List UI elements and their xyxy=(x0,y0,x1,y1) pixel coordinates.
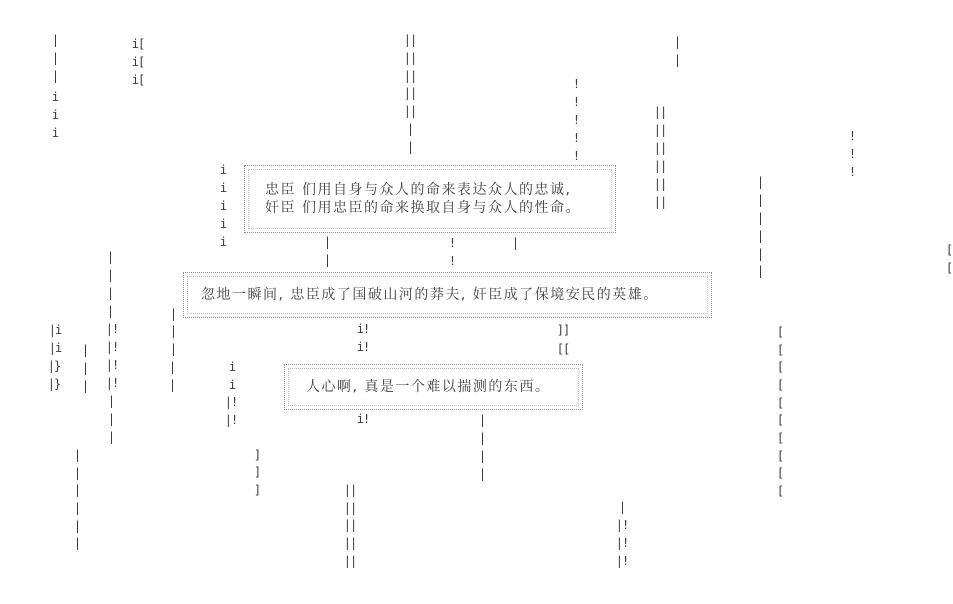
ascii-stroke: ! xyxy=(573,113,579,127)
ascii-stroke: || xyxy=(404,51,416,65)
ascii-stroke: i xyxy=(220,163,226,177)
ascii-stroke: | xyxy=(170,324,176,338)
ascii-stroke: || xyxy=(654,177,666,191)
ascii-stroke: |! xyxy=(616,554,628,568)
ascii-stroke: | xyxy=(74,519,80,533)
ascii-stroke: | xyxy=(324,253,330,267)
ascii-stroke: | xyxy=(757,247,763,261)
ascii-stroke: || xyxy=(404,33,416,47)
ascii-stroke: | xyxy=(108,430,114,444)
ascii-stroke: | xyxy=(107,286,113,300)
ascii-stroke: |! xyxy=(106,322,118,336)
ascii-stroke: | xyxy=(108,412,114,426)
ascii-stroke: | xyxy=(757,211,763,225)
ascii-stroke: || xyxy=(404,86,416,100)
ascii-stroke: | xyxy=(74,501,80,515)
ascii-stroke: | xyxy=(169,360,175,374)
ascii-stroke: | xyxy=(74,466,80,480)
ascii-stroke: | xyxy=(107,250,113,264)
ascii-stroke: || xyxy=(344,518,356,532)
ascii-stroke: ]] xyxy=(557,323,569,337)
ascii-stroke: | xyxy=(108,394,114,408)
ascii-stroke: | xyxy=(674,53,680,67)
ascii-stroke: [ xyxy=(777,431,783,445)
ascii-stroke: i xyxy=(220,181,226,195)
ascii-stroke: || xyxy=(344,536,356,550)
ascii-stroke: || xyxy=(344,554,356,568)
ascii-stroke: [ xyxy=(777,449,783,463)
ascii-stroke: | xyxy=(170,307,176,321)
ascii-stroke: i xyxy=(229,378,235,392)
ascii-stroke: i xyxy=(229,360,235,374)
ascii-stroke: [ xyxy=(946,261,952,275)
ascii-stroke: [ xyxy=(777,325,783,339)
ascii-stroke: |} xyxy=(48,377,60,391)
ascii-stroke: | xyxy=(479,467,485,481)
ascii-stroke: i[ xyxy=(132,37,144,51)
dialogue-box-2: 忽地一瞬间, 忠臣成了国破山河的莽夫, 奸臣成了保境安民的英雄。 xyxy=(183,272,712,318)
ascii-stroke: | xyxy=(170,342,176,356)
dialogue-box-1-line-2: 奸臣 们用忠臣的命来换取自身与众人的性命。 xyxy=(265,199,615,217)
ascii-stroke: | xyxy=(479,449,485,463)
ascii-stroke: i xyxy=(220,199,226,213)
ascii-stroke: | xyxy=(52,69,58,83)
ascii-stroke: | xyxy=(52,33,58,47)
ascii-stroke: | xyxy=(74,483,80,497)
ascii-stroke: ! xyxy=(849,147,855,161)
ascii-stroke: i xyxy=(52,90,58,104)
ascii-stroke: |! xyxy=(225,395,237,409)
ascii-stroke: | xyxy=(757,193,763,207)
ascii-stroke: i xyxy=(220,235,226,249)
ascii-stroke: |! xyxy=(616,518,628,532)
ascii-stroke: ! xyxy=(449,254,455,268)
ascii-stroke: | xyxy=(407,140,413,154)
ascii-stroke: | xyxy=(619,500,625,514)
ascii-stroke: [ xyxy=(777,360,783,374)
ascii-stroke: i xyxy=(52,108,58,122)
ascii-stroke: | xyxy=(107,304,113,318)
ascii-stroke: || xyxy=(344,483,356,497)
ascii-stroke: | xyxy=(757,175,763,189)
ascii-stroke: | xyxy=(74,448,80,462)
ascii-stroke: ! xyxy=(573,149,579,163)
ascii-stroke: | xyxy=(52,51,58,65)
ascii-stroke: | xyxy=(324,235,330,249)
ascii-stroke: |i xyxy=(49,341,61,355)
ascii-stroke: | xyxy=(407,122,413,136)
ascii-stroke: || xyxy=(654,141,666,155)
ascii-stroke: [ xyxy=(777,378,783,392)
ascii-stroke: || xyxy=(404,69,416,83)
ascii-stroke: || xyxy=(654,123,666,137)
ascii-stroke: ] xyxy=(254,465,260,479)
dialogue-box-1: 忠臣 们用自身与众人的命来表达众人的忠诚, 奸臣 们用忠臣的命来换取自身与众人的… xyxy=(244,165,616,233)
ascii-stroke: | xyxy=(82,343,88,357)
ascii-stroke: ! xyxy=(573,77,579,91)
ascii-stroke: ] xyxy=(254,483,260,497)
ascii-stroke: [[ xyxy=(557,342,569,356)
ascii-stroke: ! xyxy=(849,165,855,179)
ascii-stroke: [ xyxy=(777,396,783,410)
ascii-stroke: i! xyxy=(357,412,369,426)
ascii-stroke: | xyxy=(82,379,88,393)
ascii-stroke: || xyxy=(654,159,666,173)
ascii-stroke: | xyxy=(674,35,680,49)
ascii-stroke: ! xyxy=(573,95,579,109)
ascii-stroke: | xyxy=(757,229,763,243)
ascii-stroke: || xyxy=(654,105,666,119)
ascii-stroke: i xyxy=(220,217,226,231)
ascii-stroke: |! xyxy=(225,413,237,427)
ascii-stroke: |! xyxy=(616,536,628,550)
ascii-stroke: i! xyxy=(357,322,369,336)
ascii-stroke: | xyxy=(512,236,518,250)
ascii-stroke: i[ xyxy=(132,73,144,87)
dialogue-box-2-line-1: 忽地一瞬间, 忠臣成了国破山河的莽夫, 奸臣成了保境安民的英雄。 xyxy=(201,286,711,304)
ascii-stroke: ! xyxy=(449,236,455,250)
ascii-stroke: | xyxy=(169,378,175,392)
ascii-stroke: |} xyxy=(48,359,60,373)
ascii-stroke: | xyxy=(479,431,485,445)
ascii-stroke: | xyxy=(107,268,113,282)
ascii-stroke: i xyxy=(52,126,58,140)
dialogue-box-3: 人心啊, 真是一个难以揣测的东西。 xyxy=(284,364,583,410)
ascii-stroke: |! xyxy=(106,358,118,372)
ascii-stroke: [ xyxy=(946,243,952,257)
ascii-stroke: |! xyxy=(106,376,118,390)
ascii-stroke: ] xyxy=(254,448,260,462)
ascii-stroke: [ xyxy=(777,466,783,480)
ascii-stroke: | xyxy=(74,536,80,550)
ascii-stroke: |! xyxy=(106,340,118,354)
dialogue-box-3-line-1: 人心啊, 真是一个难以揣测的东西。 xyxy=(306,378,582,396)
ascii-stroke: i[ xyxy=(132,55,144,69)
ascii-stroke: [ xyxy=(777,343,783,357)
ascii-stroke: ! xyxy=(849,129,855,143)
ascii-stroke: || xyxy=(404,104,416,118)
ascii-stroke: i! xyxy=(357,340,369,354)
ascii-stroke: | xyxy=(757,264,763,278)
ascii-stroke: [ xyxy=(777,484,783,498)
ascii-stroke: ! xyxy=(573,131,579,145)
ascii-stroke: || xyxy=(654,195,666,209)
ascii-scene: |||iiii[i[i[||||||||||||!!!!!|||||||||||… xyxy=(0,0,953,604)
ascii-stroke: | xyxy=(479,413,485,427)
dialogue-box-1-line-1: 忠臣 们用自身与众人的命来表达众人的忠诚, xyxy=(265,181,615,199)
ascii-stroke: || xyxy=(344,501,356,515)
ascii-stroke: | xyxy=(82,361,88,375)
ascii-stroke: [ xyxy=(777,413,783,427)
ascii-stroke: |i xyxy=(49,323,61,337)
